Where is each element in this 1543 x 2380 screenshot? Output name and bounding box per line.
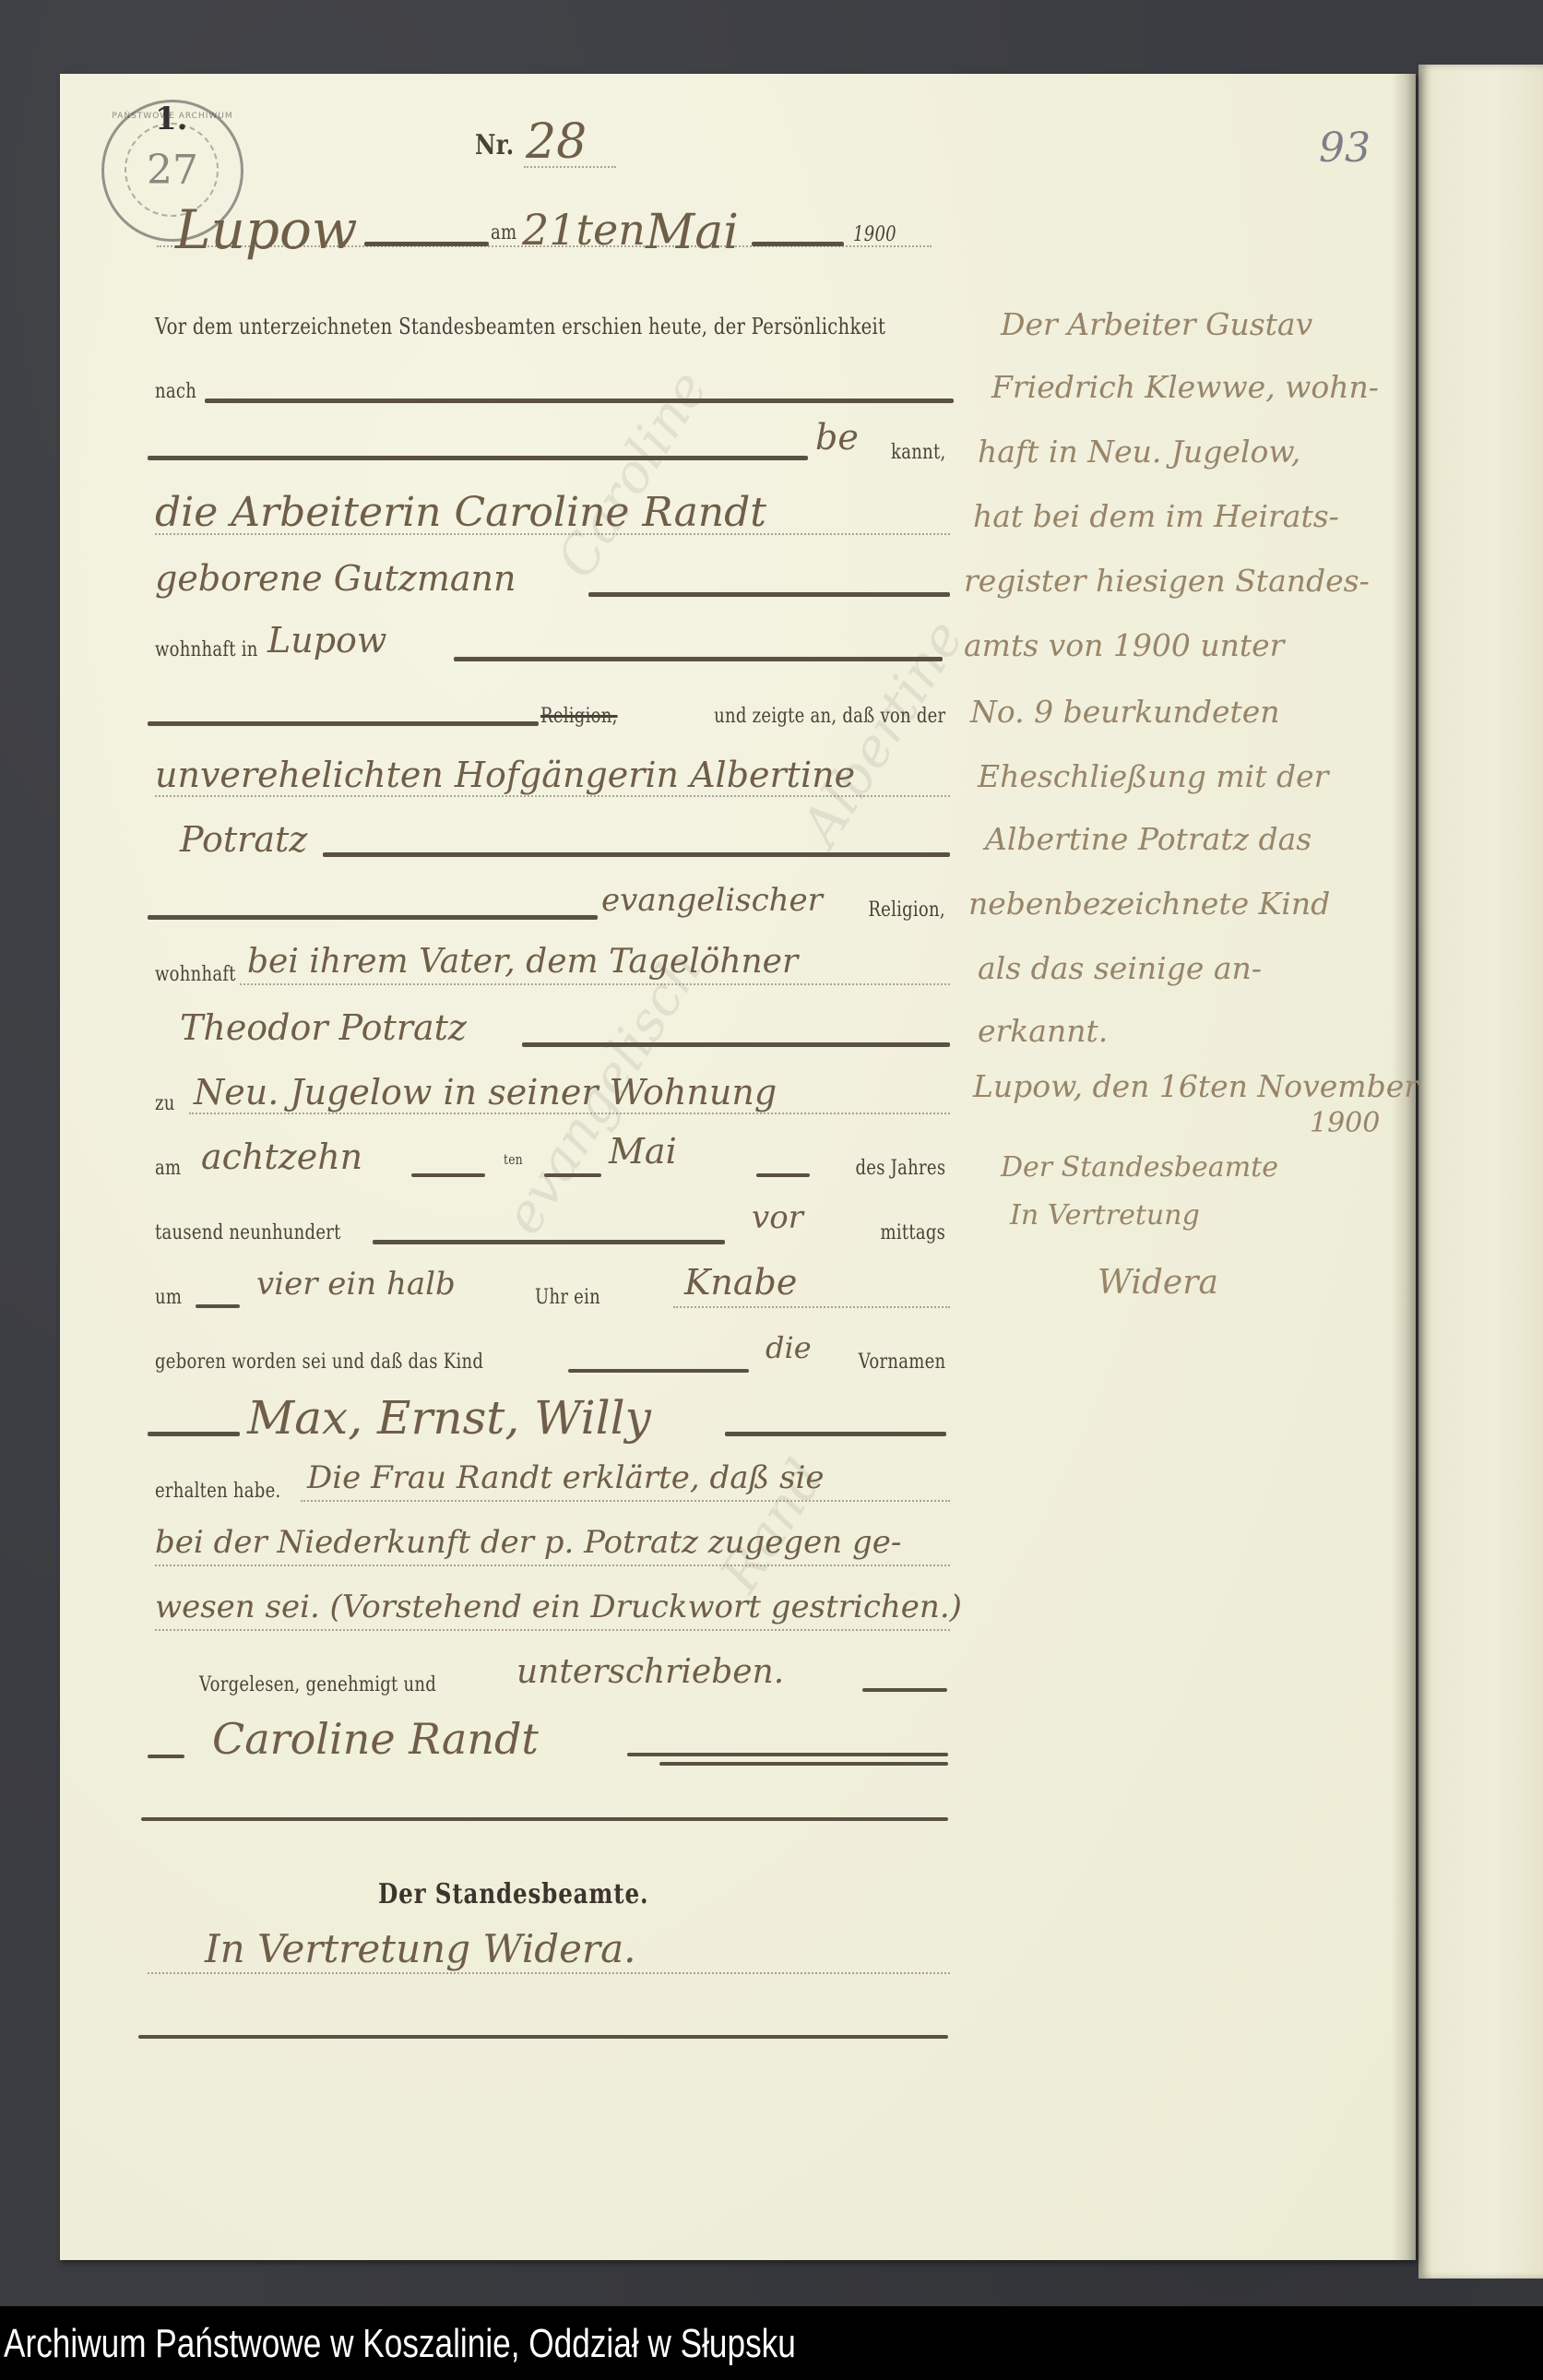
fill-rule [148, 456, 808, 460]
fill-rule [323, 852, 950, 857]
form-label-mittags: mittags [880, 1221, 945, 1244]
form-struck-religion: Religion, [540, 705, 618, 728]
fill-rule [373, 1240, 725, 1244]
margin-signer-role: In Vertretung [1010, 1199, 1200, 1232]
place-name: Lupow [175, 198, 358, 261]
fill-rule [862, 1688, 947, 1692]
form-label-year-words: tausend neunhundert [155, 1221, 341, 1244]
form-label-nach: nach [155, 380, 196, 403]
form-label-am: am [155, 1157, 181, 1180]
facing-page [1418, 65, 1543, 2279]
fill-rule [148, 721, 539, 726]
fill-rule [725, 1432, 946, 1436]
form-hand-father-residence: bei ihrem Vater, dem Tagelöhner [247, 943, 798, 981]
form-label-um: um [155, 1286, 182, 1309]
margin-line: nebenbezeichnete Kind [968, 886, 1330, 922]
margin-line: Eheschließung mit der [978, 758, 1328, 794]
fill-rule [544, 1173, 601, 1177]
dotted-line [155, 1629, 950, 1631]
dotted-line [155, 533, 950, 535]
form-text-zeigte-an: und zeigte an, daß von der [714, 705, 945, 728]
page-gutter-shadow [1392, 74, 1416, 2260]
dotted-line [301, 1500, 950, 1502]
archive-caption: Archiwum Państwowe w Koszalinie, Oddział… [4, 2321, 796, 2367]
am-label: am [491, 221, 516, 244]
fill-rule [454, 657, 943, 661]
stamp-center-number: 27 [147, 147, 198, 194]
dotted-line [155, 795, 950, 797]
form-hand-birth-day: achtzehn [201, 1136, 362, 1177]
margin-line: erkannt. [978, 1013, 1108, 1049]
fill-rule [756, 1173, 810, 1177]
form-label-vornamen: Vornamen [858, 1351, 945, 1374]
folio-number: 93 [1319, 125, 1371, 172]
form-text-intro: Vor dem unterzeichneten Standesbeamten e… [155, 314, 885, 339]
margin-line: Der Arbeiter Gustav [1001, 306, 1312, 342]
form-hand-mother-name: die Arbeiterin Caroline Randt [155, 489, 766, 536]
fill-rule [659, 1762, 948, 1766]
date-year: 1900 [853, 223, 896, 246]
margin-signer-title: Der Standesbeamte [1001, 1151, 1278, 1184]
form-label-ten: ten [504, 1151, 523, 1168]
fill-rule [568, 1369, 749, 1373]
margin-line: No. 9 beurkundeten [970, 694, 1280, 730]
form-hand-residence: Lupow [267, 620, 386, 660]
margin-line: als das seinige an- [978, 950, 1262, 986]
form-hand-unterschrieben: unterschrieben. [516, 1653, 784, 1691]
form-label-religion: Religion, [868, 898, 945, 922]
dotted-line [673, 1306, 950, 1308]
form-hand-birth-time: vier ein halb [256, 1266, 456, 1303]
section-divider [141, 1817, 948, 1821]
dotted-line [189, 1113, 950, 1114]
form-hand-child-names: Max, Ernst, Willy [247, 1391, 651, 1445]
fill-rule [148, 1432, 240, 1436]
dotted-line [148, 1972, 950, 1974]
form-label-zu: zu [155, 1092, 175, 1115]
fill-rule [588, 592, 950, 597]
margin-line: haft in Neu. Jugelow, [978, 434, 1300, 470]
form-hand-unmarried-mother: unverehelichten Hofgängerin Albertine [155, 755, 855, 795]
margin-line: Friedrich Klewwe, wohn- [991, 369, 1379, 405]
form-hand-sex: Knabe [684, 1262, 797, 1303]
official-heading: Der Standesbeamte. [378, 1878, 648, 1910]
dotted-line [155, 1565, 950, 1566]
form-label-wohnhaft-in: wohnhaft in [155, 638, 258, 661]
fill-rule [148, 915, 598, 920]
form-hand-religion: evangelischer [601, 882, 823, 919]
section-divider [138, 2035, 948, 2039]
entry-number-line [524, 166, 616, 168]
margin-line: register hiesigen Standes- [964, 563, 1370, 599]
caption-bar: Archiwum Państwowe w Koszalinie, Oddział… [0, 2306, 1543, 2380]
form-text-vorgelesen: Vorgelesen, genehmigt und [199, 1673, 436, 1696]
form-hand-die: die [766, 1330, 812, 1365]
margin-line: amts von 1900 unter [964, 627, 1284, 663]
margin-signer-name: Widera [1098, 1264, 1218, 1302]
form-hand-vor: vor [752, 1199, 803, 1236]
form-hand-be: be [815, 417, 859, 458]
informant-signature: Caroline Randt [212, 1714, 539, 1764]
fill-rule [196, 1304, 240, 1308]
fill-rule [205, 399, 954, 403]
entry-number: 28 [526, 114, 587, 170]
stamp-top-number: 1. [155, 101, 188, 137]
form-hand-declaration-2: bei der Niederkunft der p. Potratz zugeg… [155, 1524, 901, 1561]
fill-rule [627, 1753, 948, 1756]
form-label-kannt: kannt, [891, 441, 945, 464]
margin-place-date: Lupow, den 16ten November [973, 1068, 1418, 1104]
form-label-wohnhaft: wohnhaft [155, 963, 236, 986]
form-label-des-jahres: des Jahres [855, 1157, 945, 1180]
dotted-line [157, 245, 932, 247]
form-label-erhalten-habe: erhalten habe. [155, 1480, 281, 1503]
dotted-line [240, 983, 950, 985]
fill-rule [148, 1755, 184, 1758]
form-hand-birth-month: Mai [609, 1131, 677, 1172]
official-signature: In Vertretung Widera. [205, 1926, 636, 1971]
margin-line: hat bei dem im Heirats- [973, 498, 1339, 534]
date-month: Mai [646, 205, 739, 260]
form-hand-father-name: Theodor Potratz [180, 1007, 467, 1048]
form-hand-birthplace: Neu. Jugelow in seiner Wohnung [194, 1072, 777, 1113]
form-hand-maiden-name: geborene Gutzmann [155, 558, 516, 599]
fill-rule [522, 1042, 950, 1047]
entry-number-label: Nr. [475, 129, 514, 161]
margin-line: Albertine Potratz das [985, 821, 1312, 857]
margin-year: 1900 [1310, 1107, 1380, 1139]
form-label-uhr-ein: Uhr ein [535, 1286, 600, 1309]
form-hand-mother-surname: Potratz [180, 819, 307, 860]
form-hand-declaration-1: Die Frau Randt erklärte, daß sie [307, 1459, 824, 1496]
fill-rule [411, 1173, 485, 1177]
form-text-geboren: geboren worden sei und daß das Kind [155, 1351, 483, 1374]
form-hand-declaration-3: wesen sei. (Vorstehend ein Druckwort ges… [155, 1589, 962, 1625]
